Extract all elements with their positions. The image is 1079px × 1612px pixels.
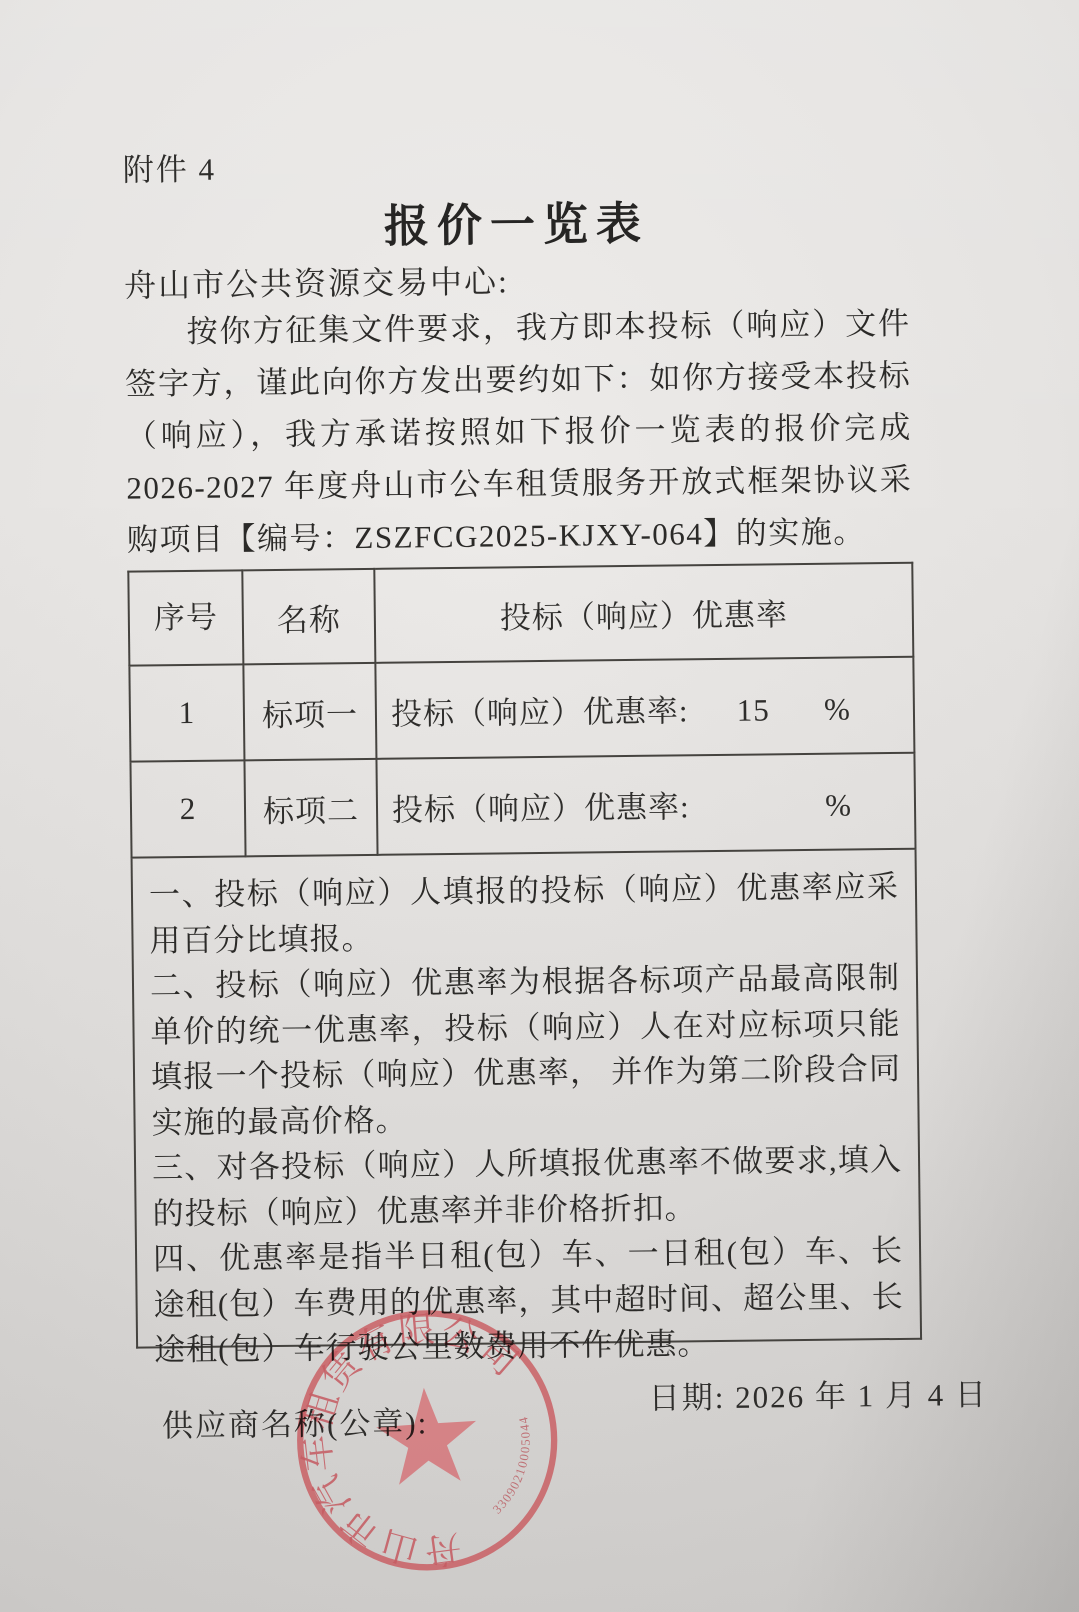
table-row: 2 标项二 投标（响应）优惠率: % <box>130 753 915 858</box>
notes-box: 一、投标（响应）人填报的投标（响应）优惠率应采用百分比填报。 二、投标（响应）优… <box>131 850 923 1349</box>
date-label: 日期: 2026 年 1 月 4 日 <box>648 1369 988 1418</box>
column-header-name: 名称 <box>242 569 375 664</box>
row-seq: 1 <box>129 664 244 761</box>
rate-label: 投标（响应）优惠率: <box>391 693 689 731</box>
row-seq: 2 <box>130 760 245 857</box>
row-name: 标项一 <box>243 663 376 760</box>
rate-unit: % <box>825 787 852 823</box>
attachment-label: 附件 4 <box>123 142 909 191</box>
scanned-document-photo: 附件 4 报价一览表 舟山市公共资源交易中心: 按你方征集文件要求，我方即本投标… <box>0 0 1079 1612</box>
rate-label: 投标（响应）优惠率: <box>392 789 690 827</box>
note-item-2: 二、投标（响应）优惠率为根据各标项产品最高限制单价的统一优惠率，投标（响应）人在… <box>150 955 902 1145</box>
rate-value-field <box>699 815 811 816</box>
column-header-seq: 序号 <box>128 570 243 665</box>
official-seal-stamp: 舟山市汽车租赁有限公司 33090210005044 <box>290 1303 565 1578</box>
row-rate-cell: 投标（响应）优惠率: 15 % <box>375 657 914 759</box>
column-header-rate: 投标（响应）优惠率 <box>374 563 913 663</box>
seal-star-icon <box>364 1379 481 1500</box>
document-page: 附件 4 报价一览表 舟山市公共资源交易中心: 按你方征集文件要求，我方即本投标… <box>0 0 1079 1612</box>
body-paragraph: 按你方征集文件要求，我方即本投标（响应）文件签字方，谨此向你方发出要约如下：如你… <box>124 298 913 567</box>
note-item-1: 一、投标（响应）人填报的投标（响应）优惠率应采用百分比填报。 <box>149 864 900 964</box>
rate-value-field: 15 <box>697 691 809 728</box>
quotation-table: 序号 名称 投标（响应）优惠率 1 标项一 投标（响应）优惠率: 15 % 2 … <box>127 562 916 859</box>
rate-unit: % <box>824 691 851 727</box>
row-name: 标项二 <box>244 759 377 856</box>
row-rate-cell: 投标（响应）优惠率: % <box>376 753 915 855</box>
note-item-3: 三、对各投标（响应）人所填报优惠率不做要求,填入的投标（响应）优惠率并非价格折扣… <box>152 1137 903 1237</box>
page-title: 报价一览表 <box>123 192 910 259</box>
table-header-row: 序号 名称 投标（响应）优惠率 <box>128 563 913 666</box>
table-row: 1 标项一 投标（响应）优惠率: 15 % <box>129 657 914 762</box>
